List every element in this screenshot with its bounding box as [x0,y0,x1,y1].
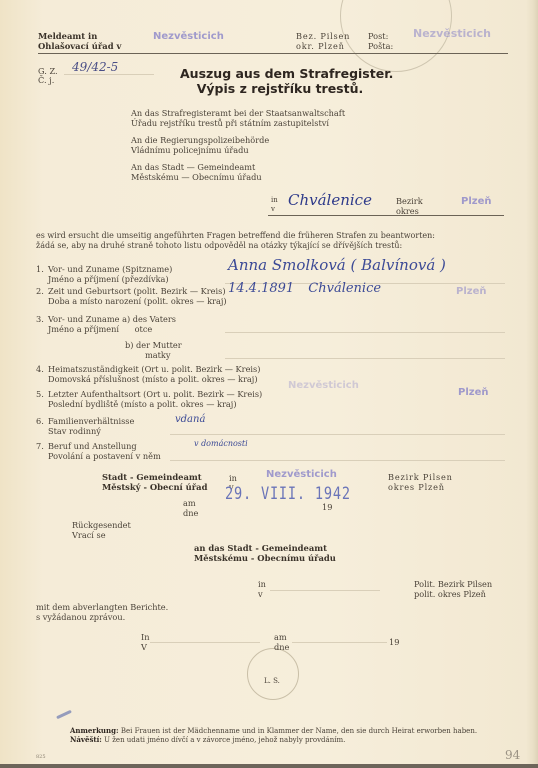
question-3b-cs: matky [145,350,171,360]
document-title-de: Auszug aus dem Strafregister. [180,66,380,81]
addressee-2-de: An die Regierungspolizeibehörde [131,135,269,145]
question-3b-de: b) der Mutter [125,340,182,350]
addressee-2-cs: Vládnímu policejnímu úřadu [131,145,249,155]
header-divider [38,53,508,54]
question-7-number: 7. [36,441,44,451]
note-label-de: Anmerkung: [70,726,119,735]
question-3-number: 3. [36,314,44,324]
seal-circle-outline [247,648,299,700]
form-number: 825 [36,754,46,760]
request-text-cs: žádá se, aby na druhé straně tohoto list… [36,241,402,251]
question-7-line [170,460,505,461]
return-in-cs: v [258,589,263,599]
addressee-bezirk-stamp: Plzeň [461,196,491,207]
question-1-number: 1. [36,264,44,274]
return-label-de: Rückgesendet [72,520,131,530]
question-7-de: Beruf und Anstellung [48,441,137,451]
question-2-cs: Doba a místo narození (polit. okres — kr… [48,296,227,306]
district-cs: okr. Plzeň [296,41,345,51]
question-2-de: Zeit und Geburtsort (polit. Bezirk — Kre… [48,286,226,296]
return-place-line [270,590,380,591]
addressee-in-cs: v [271,205,275,214]
question-1-de: Vor- und Zuname (Spitzname) [48,264,172,274]
return-place-field-line [150,642,260,643]
addressee-3-de: An das Stadt — Gemeindeamt [131,162,255,172]
return-am-cs: dne [274,642,289,652]
addressee-bezirk-de: Bezirk [396,196,423,206]
question-2-stamp: Plzeň [456,286,486,297]
post-label-cs: Pošta: [368,41,393,51]
question-1-answer: Anna Smolková ( Balvínová ) [228,256,446,274]
return-to-cs: Městskému - Obecnímu úřadu [194,553,336,563]
reference-label-cs: Č. j. [38,75,54,85]
office-stamp: Nezvěsticich [153,31,224,42]
addressee-in-de: in [271,196,278,205]
question-3-de: Vor- und Zuname a) des Vaters [48,314,176,324]
note-de: Anmerkung: Bei Frauen ist der Mädchennam… [70,727,477,736]
return-place-cs: V [141,642,147,652]
question-5-cs: Poslední bydliště (místo a polit. okres … [48,399,237,409]
return-report-cs: s vyžádanou zprávou. [36,612,125,622]
reference-value: 49/42-5 [72,60,118,74]
sender-bezirk-cs: okres Plzeň [388,482,445,492]
note-label-cs: Návěští: [70,735,102,744]
sender-label-cs: Městský - Obecní úřad [102,482,207,492]
addressee-3-cs: Městskému — Obecnímu úřadu [131,172,262,182]
note-text-de: Bei Frauen ist der Mädchenname und in Kl… [121,727,477,735]
office-label-cs: Ohlašovací úřad v [38,41,121,51]
sender-am-de: am [183,498,196,508]
return-report-de: mit dem abverlangten Berichte. [36,602,168,612]
sender-bezirk-de: Bezirk Pilsen [388,472,453,482]
return-place-de: In [141,632,150,642]
question-4-de: Heimatszuständigkeit (Ort u. polit. Bezi… [48,364,260,374]
return-bezirk-de: Polit. Bezirk Pilsen [414,579,492,589]
return-am-de: am [274,632,287,642]
question-6-answer: vdaná [175,414,205,425]
pencil-mark [56,710,72,719]
question-5-number: 5. [36,389,44,399]
addressee-place-rule [268,215,504,216]
page-bottom-edge [0,764,538,768]
office-label-de: Meldeamt in [38,31,97,41]
question-6-de: Familienverhältnisse [48,416,134,426]
question-1-cs: Jméno a příjmení (přezdívka) [48,274,169,284]
question-4-stamp: Nezvěsticich [288,380,359,391]
page-edge-shadow [526,0,538,768]
sender-label-de: Stadt - Gemeindeamt [102,472,202,482]
addressee-1-cs: Úřadu rejstříku trestů při státním zastu… [131,118,329,128]
request-text-de: es wird ersucht die umseitig angeführten… [36,231,435,241]
question-3b-line [225,358,505,359]
post-stamp: Nezvěsticich [413,27,491,40]
question-5-stamp: Plzeň [458,387,488,398]
sender-date-stamp: 29. VIII. 1942 [225,484,351,504]
question-5-de: Letzter Aufenthaltsort (Ort u. polit. Be… [48,389,262,399]
question-2-answer: 14.4.1891 Chválenice [228,281,381,296]
note-cs: Návěští: U žen udati jméno dívčí a v záv… [70,736,345,745]
document-title-cs: Výpis z rejstříku trestů. [180,81,380,96]
note-text-cs: U žen udati jméno dívčí a v závorce jmén… [104,736,345,744]
question-3-cs: Jméno a příjmení otce [48,324,152,334]
question-3-line [225,332,505,333]
question-7-answer: v domácnosti [194,439,248,448]
question-6-cs: Stav rodinný [48,426,101,436]
question-6-number: 6. [36,416,44,426]
return-bezirk-cs: polit. okres Plzeň [414,589,486,599]
return-date-line [292,642,387,643]
addressee-place-value: Chválenice [288,191,372,209]
question-4-number: 4. [36,364,44,374]
sender-year-prefix: 19 [322,502,332,512]
addressee-1-de: An das Strafregisteramt bei der Staatsan… [131,108,345,118]
document-page: Meldeamt in Ohlašovací úřad v Nezvěstici… [0,0,538,768]
return-in-de: in [258,579,266,589]
return-year-prefix: 19 [389,637,399,647]
question-7-cs: Povolání a postavení v něm [48,451,161,461]
return-label-cs: Vrací se [72,530,106,540]
sender-place-stamp: Nezvěsticich [266,469,337,480]
question-2-number: 2. [36,286,44,296]
question-6-line [170,434,505,435]
page-mark: 94 [505,748,520,762]
question-4-cs: Domovská příslušnost (místo a polit. okr… [48,374,258,384]
post-label-de: Post: [368,31,388,41]
seal-label: L. S. [264,677,280,686]
return-to-de: an das Stadt - Gemeindeamt [194,543,327,553]
sender-am-cs: dne [183,508,198,518]
district-de: Bez. Pilsen [296,31,350,41]
reference-line [64,74,154,75]
